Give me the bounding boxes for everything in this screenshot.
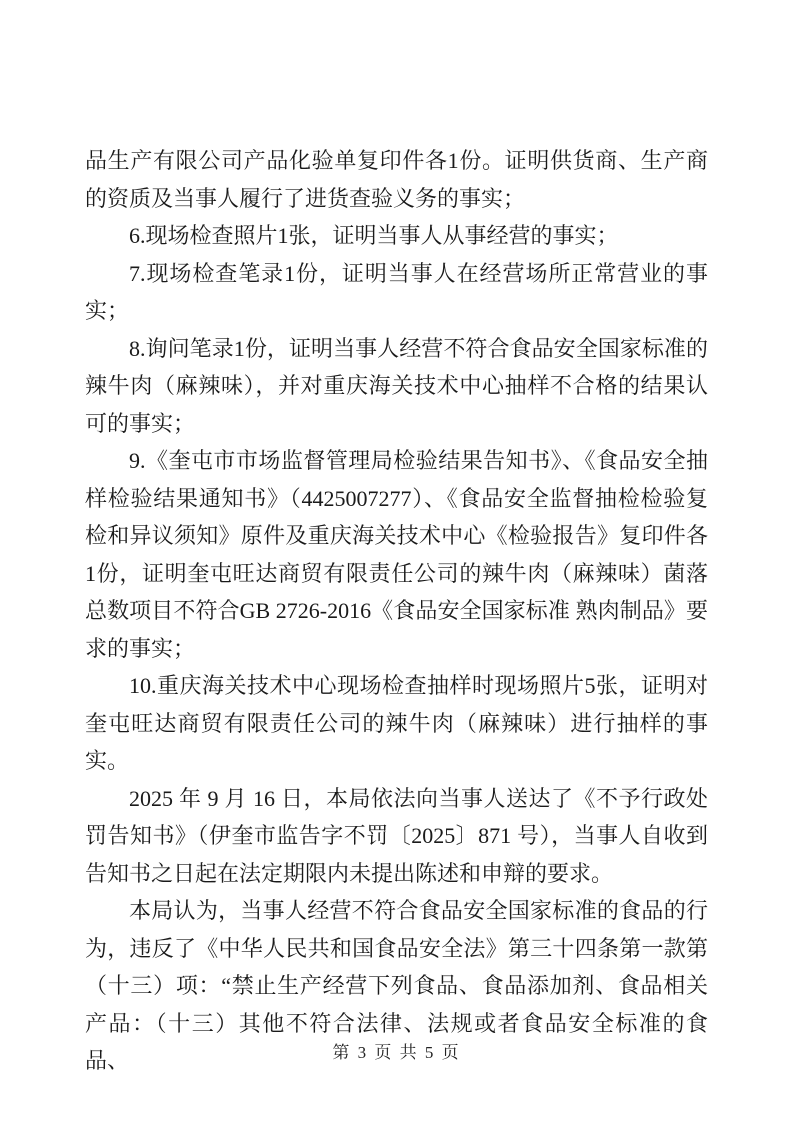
body-paragraph: 7.现场检查笔录1份，证明当事人在经营场所正常营业的事实； [85, 255, 708, 330]
page-footer: 第 3 页 共 5 页 [0, 1038, 793, 1063]
body-paragraph: 6.现场检查照片1张，证明当事人从事经营的事实； [85, 217, 708, 255]
document-body: 品生产有限公司产品化验单复印件各1份。证明供货商、生产商的资质及当事人履行了进货… [85, 142, 708, 1080]
body-paragraph: 2025 年 9 月 16 日，本局依法向当事人送达了《不予行政处罚告知书》（伊… [85, 780, 708, 893]
body-paragraph: 10.重庆海关技术中心现场检查抽样时现场照片5张，证明对奎屯旺达商贸有限责任公司… [85, 667, 708, 780]
document-page: 品生产有限公司产品化验单复印件各1份。证明供货商、生产商的资质及当事人履行了进货… [0, 0, 793, 1122]
page-number: 第 3 页 共 5 页 [332, 1043, 460, 1062]
body-paragraph: 品生产有限公司产品化验单复印件各1份。证明供货商、生产商的资质及当事人履行了进货… [85, 142, 708, 217]
body-paragraph: 9.《奎屯市市场监督管理局检验结果告知书》、《食品安全抽样检验结果通知书》（44… [85, 442, 708, 667]
body-paragraph: 8.询问笔录1份，证明当事人经营不符合食品安全国家标准的辣牛肉（麻辣味），并对重… [85, 330, 708, 443]
